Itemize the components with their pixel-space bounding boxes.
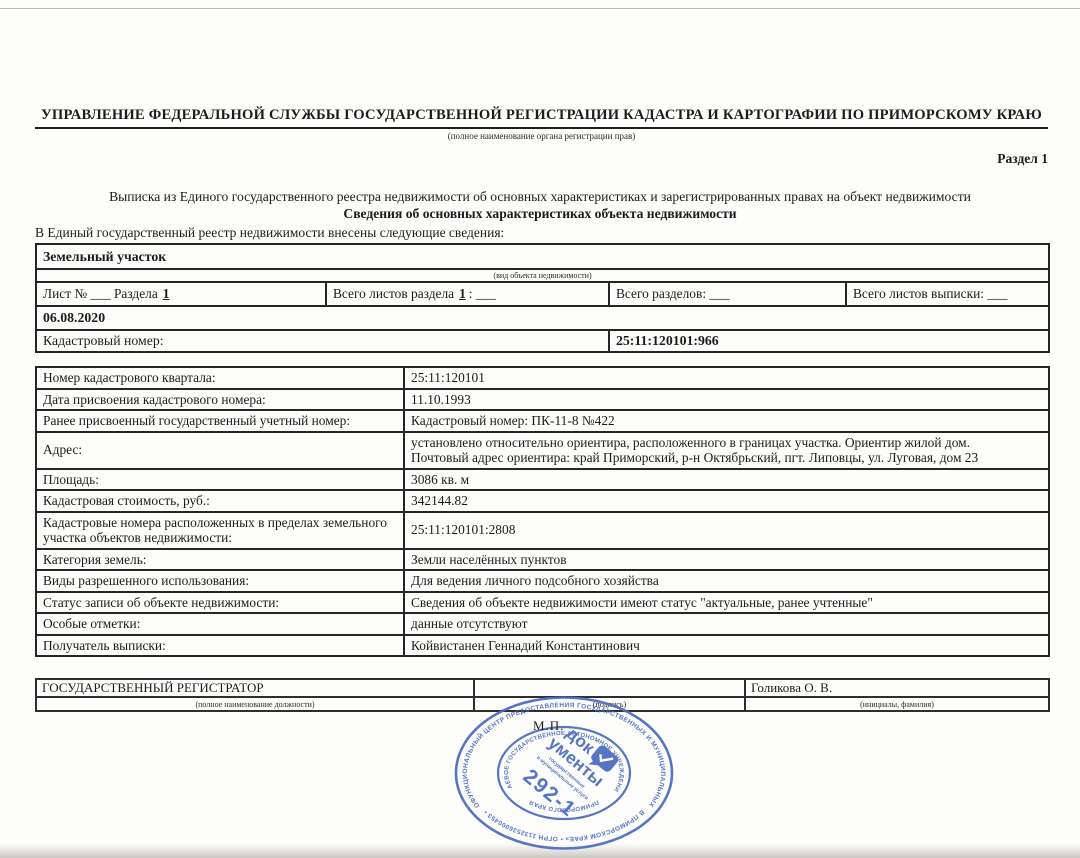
section-sheets-number: 1 <box>459 286 466 301</box>
row-label: Кадастровая стоимость, руб.: <box>36 490 404 512</box>
table-row: Кадастровые номера расположенных в преде… <box>36 512 1049 549</box>
details-table: Номер кадастрового квартала:25:11:120101… <box>35 366 1050 657</box>
row-value: Для ведения личного подсобного хозяйства <box>404 570 1049 592</box>
registrar-name-caption: (инициалы, фамилия) <box>745 697 1049 711</box>
row-label: Площадь: <box>36 469 404 491</box>
intro-line: В Единый государственный реестр недвижим… <box>35 225 504 241</box>
header-rule <box>35 127 1048 129</box>
document-page: УПРАВЛЕНИЕ ФЕДЕРАЛЬНОЙ СЛУЖБЫ ГОСУДАРСТВ… <box>0 0 1080 858</box>
row-value: Койвистанен Геннадий Константинович <box>404 635 1049 657</box>
object-type-caption: (вид объекта недвижимости) <box>36 269 1049 282</box>
row-value: 25:11:120101 <box>404 367 1049 389</box>
row-label: Статус записи об объекте недвижимости: <box>36 592 404 614</box>
sheet-number-cell: Лист № ___ Раздела1 <box>36 282 326 306</box>
total-sections-cell: Всего разделов: ___ <box>609 282 846 306</box>
row-value: Земли населённых пунктов <box>404 549 1049 571</box>
row-label: Виды разрешенного использования: <box>36 570 404 592</box>
row-label: Адрес: <box>36 432 404 469</box>
section-sheets-blank: : ___ <box>469 286 496 301</box>
row-value: 25:11:120101:2808 <box>404 512 1049 549</box>
sheet-section-number: 1 <box>163 286 170 301</box>
document-title-line1: Выписка из Единого государственного реес… <box>0 189 1080 205</box>
object-type: Земельный участок <box>36 244 1049 269</box>
authority-caption: (полное наименование органа регистрации … <box>35 131 1048 141</box>
cadastral-number-value: 25:11:120101:966 <box>609 330 1049 352</box>
row-label: Особые отметки: <box>36 613 404 635</box>
cadastral-number-row: Кадастровый номер: 25:11:120101:966 <box>36 330 1049 352</box>
details-table-body: Номер кадастрового квартала:25:11:120101… <box>36 367 1049 656</box>
registrar-title: ГОСУДАРСТВЕННЫЙ РЕГИСТРАТОР <box>36 679 474 697</box>
object-type-row: Земельный участок <box>36 244 1049 269</box>
sheet-number-label: Лист № ___ Раздела <box>43 286 158 301</box>
row-label: Номер кадастрового квартала: <box>36 367 404 389</box>
row-value: установлено относительно ориентира, расп… <box>404 432 1049 469</box>
section-label: Раздел 1 <box>35 151 1048 167</box>
object-table: Земельный участок (вид объекта недвижимо… <box>35 243 1050 353</box>
total-sheets-cell: Всего листов выписки: ___ <box>846 282 1049 306</box>
row-value: 342144.82 <box>404 490 1049 512</box>
document-title-line2: Сведения об основных характеристиках объ… <box>0 206 1080 222</box>
table-row: Площадь:3086 кв. м <box>36 469 1049 491</box>
registrar-title-caption: (полное наименование должности) <box>36 697 474 711</box>
row-value: данные отсутствуют <box>404 613 1049 635</box>
table-row: Адрес:установлено относительно ориентира… <box>36 432 1049 469</box>
table-row: Номер кадастрового квартала:25:11:120101 <box>36 367 1049 389</box>
table-row: Кадастровая стоимость, руб.:342144.82 <box>36 490 1049 512</box>
extract-date-row: 06.08.2020 <box>36 306 1049 330</box>
row-value: Сведения об объекте недвижимости имеют с… <box>404 592 1049 614</box>
section-sheets-cell: Всего листов раздела1: ___ <box>326 282 609 306</box>
row-value: Кадастровый номер: ПК-11-8 №422 <box>404 410 1049 432</box>
row-label: Кадастровые номера расположенных в преде… <box>36 512 404 549</box>
row-value: 11.10.1993 <box>404 389 1049 411</box>
registrar-name: Голикова О. В. <box>745 679 1049 697</box>
section-sheets-label: Всего листов раздела <box>333 286 454 301</box>
authority-title: УПРАВЛЕНИЕ ФЕДЕРАЛЬНОЙ СЛУЖБЫ ГОСУДАРСТВ… <box>35 107 1048 124</box>
table-row: Статус записи об объекте недвижимости:Св… <box>36 592 1049 614</box>
object-type-caption-row: (вид объекта недвижимости) <box>36 269 1049 282</box>
table-row: Дата присвоения кадастрового номера:11.1… <box>36 389 1049 411</box>
seal-place-label: М.П. <box>533 718 564 734</box>
table-row: Особые отметки:данные отсутствуют <box>36 613 1049 635</box>
scan-edge-top <box>0 8 1080 9</box>
extract-date: 06.08.2020 <box>36 306 1049 330</box>
cadastral-number-label: Кадастровый номер: <box>36 330 609 352</box>
row-label: Дата присвоения кадастрового номера: <box>36 389 404 411</box>
table-row: Ранее присвоенный государственный учетны… <box>36 410 1049 432</box>
row-label: Получатель выписки: <box>36 635 404 657</box>
table-row: Виды разрешенного использования:Для веде… <box>36 570 1049 592</box>
row-label: Категория земель: <box>36 549 404 571</box>
row-label: Ранее присвоенный государственный учетны… <box>36 410 404 432</box>
sheet-row: Лист № ___ Раздела1 Всего листов раздела… <box>36 282 1049 306</box>
row-value: 3086 кв. м <box>404 469 1049 491</box>
table-row: Категория земель:Земли населённых пункто… <box>36 549 1049 571</box>
table-row: Получатель выписки:Койвистанен Геннадий … <box>36 635 1049 657</box>
